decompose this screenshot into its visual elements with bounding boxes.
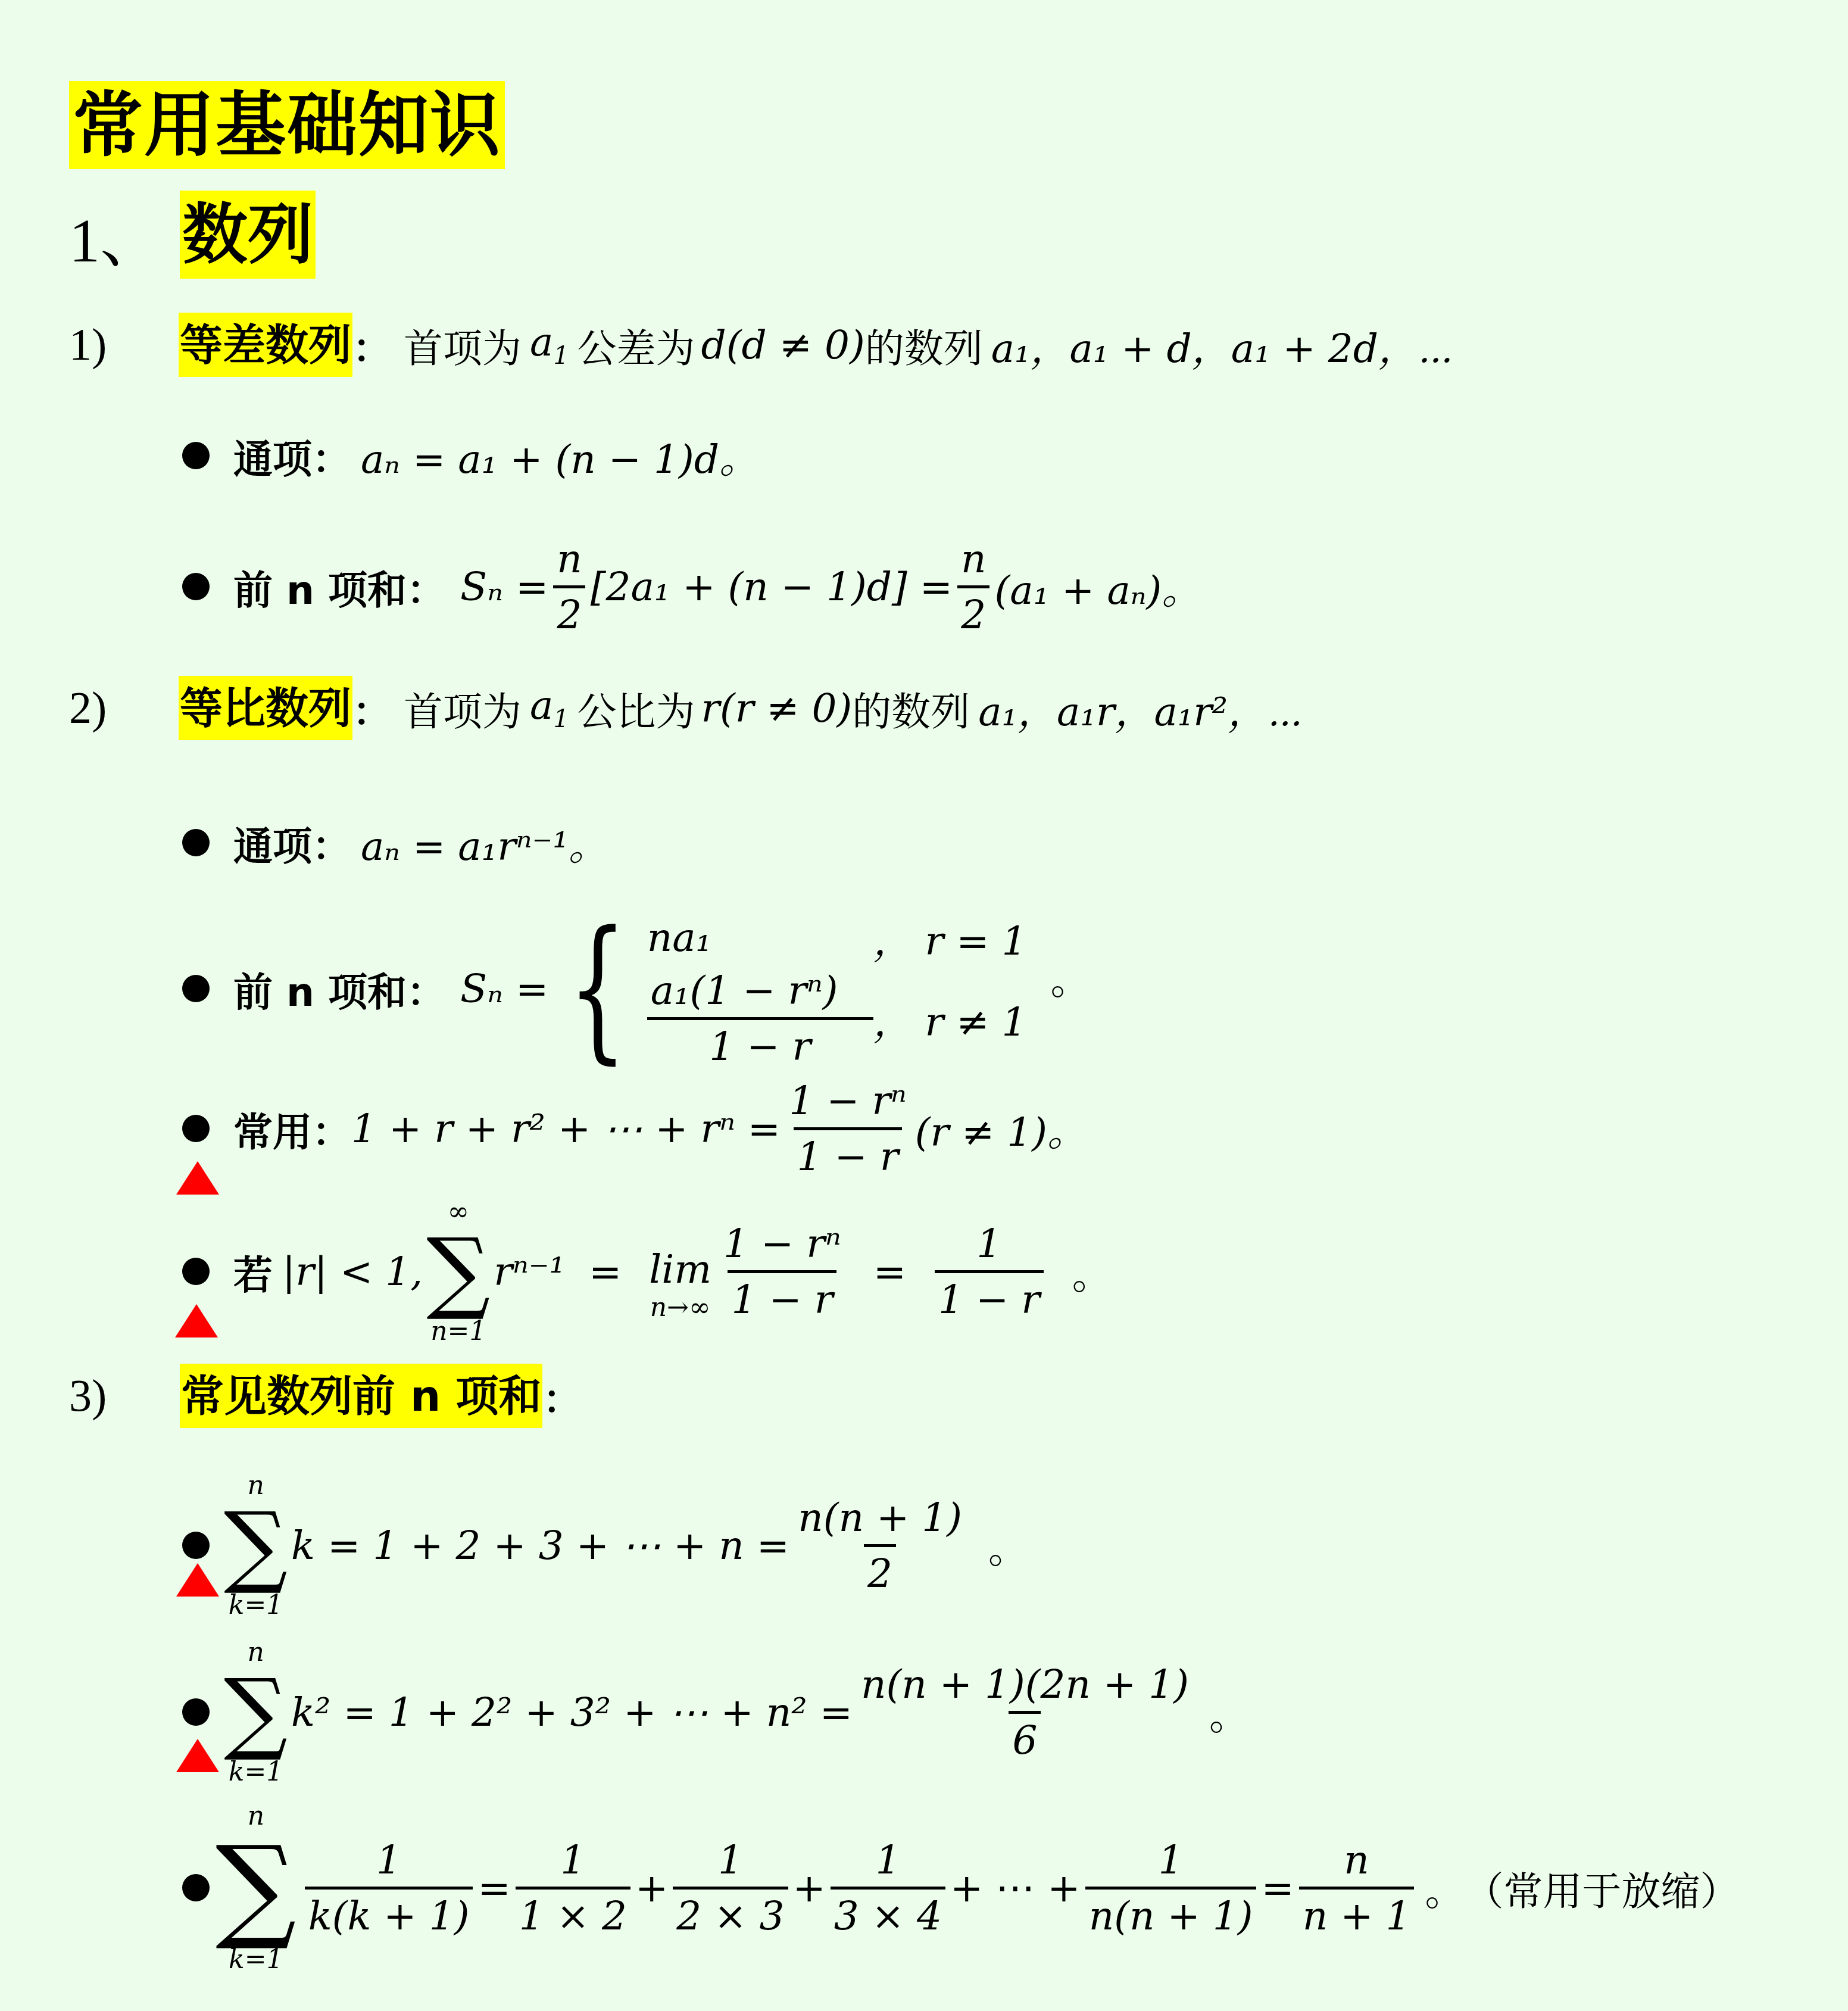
sum-of-k-squared: n ∑ k=1 k² = 1 + 2² + 3² + ⋯ + n² = n(n … <box>182 1638 1248 1786</box>
desc-prefix: 首项为 <box>404 680 522 737</box>
item-3-heading: 3) 常见数列前 n 项和 ： <box>69 1364 582 1428</box>
geom-sum: 前 n 项和： Sₙ = { na₁ ， r = 1 a₁(1 − rⁿ) 1 … <box>182 905 1090 1072</box>
bullet-icon <box>182 829 210 856</box>
sequence: a₁，a₁ + d，a₁ + 2d，⋯ <box>991 317 1453 373</box>
desc-mid: 公比为 <box>577 680 695 737</box>
desc-suffix: 的数列 <box>865 317 983 373</box>
tail: (a₁ + aₙ)。 <box>995 559 1201 615</box>
bullet-icon <box>182 1874 210 1901</box>
sum-body: rⁿ⁻¹ <box>494 1249 565 1295</box>
sum-icon: n ∑ k=1 <box>224 1637 288 1787</box>
section-1-heading: 1、 数列 <box>69 191 316 279</box>
bullet-icon <box>182 1532 210 1559</box>
arith-general-term: 通项： aₙ = a₁ + (n − 1)d。 <box>182 423 758 488</box>
desc-mid: 公差为 <box>577 317 695 373</box>
cases: na₁ ， r = 1 a₁(1 − rⁿ) 1 − r ， r ≠ 1 <box>647 908 1027 1070</box>
lhs: Sₙ = <box>460 564 548 610</box>
sum-icon: ∞ ∑ n=1 <box>426 1196 490 1346</box>
limit-operator: lim n→∞ <box>649 1220 711 1323</box>
colon: ： <box>352 317 392 373</box>
sequence: a₁，a₁r，a₁r²，⋯ <box>978 680 1302 737</box>
fraction: n(n + 1) 2 <box>794 1495 966 1597</box>
desc-suffix: 的数列 <box>852 680 970 737</box>
bullet-icon <box>182 1698 210 1726</box>
fraction: n 2 <box>957 536 990 638</box>
item-number: 3) <box>69 1370 180 1422</box>
mid: [2a₁ + (n − 1)d] = <box>591 564 953 610</box>
item-number: 1) <box>69 319 179 371</box>
geom-infinite-sum: 若 |r| < 1, ∞ ∑ n=1 rⁿ⁻¹ = lim n→∞ 1 − rⁿ… <box>182 1197 1112 1346</box>
page-title: 常用基础知识 <box>69 81 505 169</box>
telescoping-sum: n ∑ k=1 1k(k + 1) = 11 × 2 + 12 × 3 + 13… <box>182 1792 1739 1983</box>
fraction: 1 1 − r <box>935 1221 1044 1323</box>
important-triangle-icon <box>176 1563 219 1597</box>
fraction: 1 − rⁿ 1 − r <box>785 1078 910 1180</box>
body: k² = 1 + 2² + 3² + ⋯ + n² = <box>291 1689 853 1735</box>
desc-cond: r(r ≠ 0) <box>701 685 852 731</box>
note: （常用于放缩） <box>1464 1860 1739 1916</box>
fraction: 1 − rⁿ 1 − r <box>720 1221 845 1323</box>
arith-sum: 前 n 项和： Sₙ = n 2 [2a₁ + (n − 1)d] = n 2 … <box>182 536 1201 637</box>
left-brace: { <box>568 911 627 1066</box>
colon: ： <box>542 1368 582 1424</box>
item-title-geometric: 等比数列 <box>179 676 352 740</box>
item-number: 2) <box>69 682 179 734</box>
tail: (r ≠ 1)。 <box>915 1100 1087 1157</box>
fraction: n(n + 1)(2n + 1) 6 <box>857 1661 1193 1763</box>
formula: aₙ = a₁ + (n − 1)d。 <box>361 428 758 484</box>
geom-common: 常用： 1 + r + r² + ⋯ + rⁿ = 1 − rⁿ 1 − r (… <box>182 1072 1087 1185</box>
label: 前 n 项和： <box>233 559 446 615</box>
sum-icon: n ∑ k=1 <box>224 1470 288 1620</box>
geom-general-term: 通项： aₙ = a₁rⁿ⁻¹。 <box>182 810 608 875</box>
label: 常用： <box>233 1100 351 1157</box>
label: 前 n 项和： <box>233 961 446 1017</box>
label: 通项： <box>233 815 351 871</box>
body: k = 1 + 2 + 3 + ⋯ + n = <box>291 1523 789 1569</box>
lhs: Sₙ = <box>460 966 548 1012</box>
bullet-icon <box>182 442 210 469</box>
important-triangle-icon <box>175 1304 218 1337</box>
colon: ： <box>352 680 392 737</box>
important-triangle-icon <box>176 1161 219 1195</box>
lhs: 1 + r + r² + ⋯ + rⁿ = <box>351 1106 781 1152</box>
bullet-icon <box>182 573 210 600</box>
end-mark: 。 <box>1050 949 1090 1005</box>
bullet-icon <box>182 1115 210 1142</box>
sum-icon: n ∑ k=1 <box>216 1801 296 1975</box>
section-title: 数列 <box>180 191 316 279</box>
section-number: 1、 <box>69 190 180 279</box>
fraction: n 2 <box>553 536 586 638</box>
item-2-heading: 2) 等比数列 ： 首项为 a1 公比为 r(r ≠ 0) 的数列 a₁，a₁r… <box>69 676 1303 740</box>
desc-prefix: 首项为 <box>404 317 522 373</box>
condition: |r| < 1, <box>282 1249 423 1295</box>
sum-of-k: n ∑ k=1 k = 1 + 2 + 3 + ⋯ + n = n(n + 1)… <box>182 1471 1028 1620</box>
item-1-heading: 1) 等差数列 ： 首项为 a1 公差为 d(d ≠ 0) 的数列 a₁，a₁ … <box>69 313 1453 377</box>
formula: aₙ = a₁rⁿ⁻¹。 <box>361 815 608 871</box>
item-title-arithmetic: 等差数列 <box>179 313 352 377</box>
item-title-common-sums: 常见数列前 n 项和 <box>180 1364 542 1428</box>
important-triangle-icon <box>176 1739 219 1772</box>
desc-cond: d(d ≠ 0) <box>701 322 864 368</box>
bullet-icon <box>182 1258 210 1285</box>
bullet-icon <box>182 975 210 1002</box>
label: 通项： <box>233 428 351 484</box>
label: 若 <box>233 1243 273 1300</box>
